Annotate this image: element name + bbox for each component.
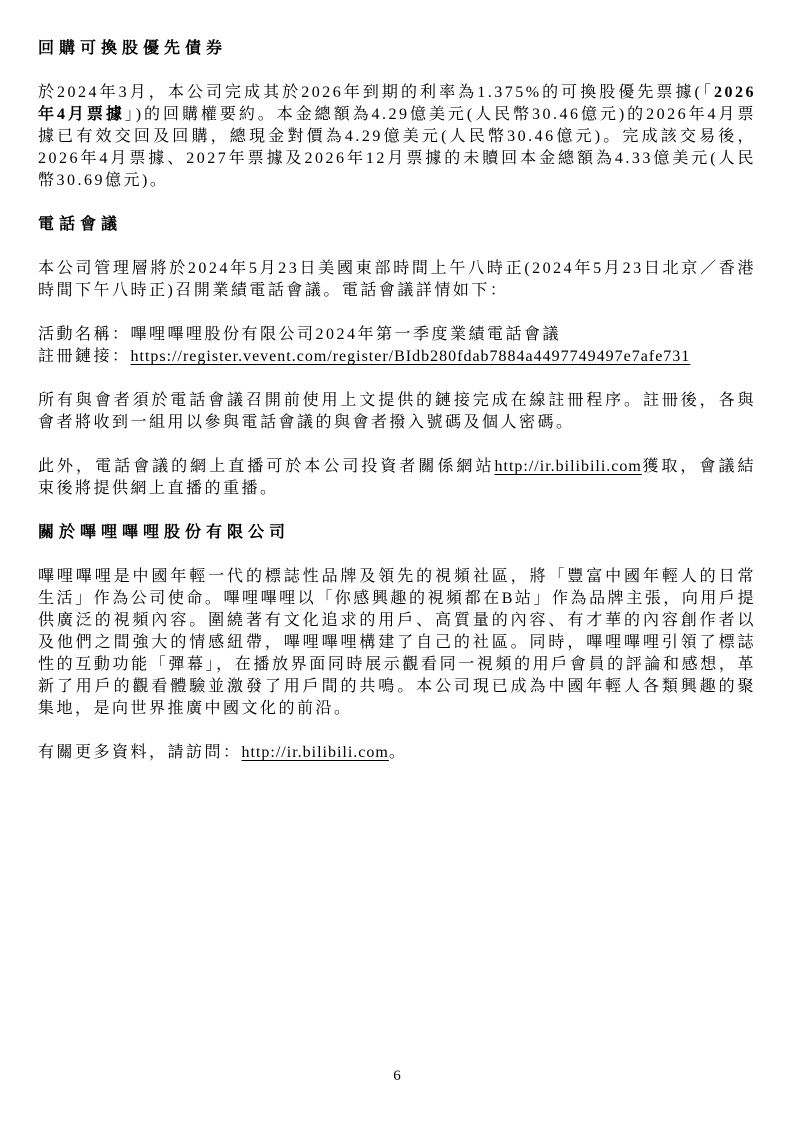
register-link[interactable]: https://register.vevent.com/register/BId…	[131, 348, 691, 365]
register-link-label: 註冊鏈接：	[38, 348, 131, 365]
event-name-value: 嗶哩嗶哩股份有限公司2024年第一季度業績電話會議	[131, 326, 562, 343]
page-number: 6	[393, 1068, 401, 1084]
section-repurchase-notes: 回購可換股優先債券 於2024年3月，本公司完成其於2026年到期的利率為1.3…	[38, 38, 756, 192]
event-name-label: 活動名稱：	[38, 326, 131, 343]
repurchase-text-pre: 於2024年3月，本公司完成其於2026年到期的利率為1.375%的可換股優先票…	[38, 84, 714, 101]
paragraph-about-bilibili: 嗶哩嗶哩是中國年輕一代的標誌性品牌及領先的視頻社區，將「豐富中國年輕人的日常生活…	[38, 566, 756, 720]
call-details-block: 活動名稱：嗶哩嗶哩股份有限公司2024年第一季度業績電話會議 註冊鏈接：http…	[38, 324, 756, 368]
paragraph-repurchase-details: 於2024年3月，本公司完成其於2026年到期的利率為1.375%的可換股優先票…	[38, 82, 756, 192]
call-schedule-text: 本公司管理層將於2024年5月23日美國東部時間上午八時正(2024年5月23日…	[38, 260, 756, 299]
webcast-text-pre: 此外，電話會議的網上直播可於本公司投資者關係網站	[38, 458, 495, 475]
line-event-name: 活動名稱：嗶哩嗶哩股份有限公司2024年第一季度業績電話會議	[38, 324, 756, 346]
document-page: 回購可換股優先債券 於2024年3月，本公司完成其於2026年到期的利率為1.3…	[0, 0, 794, 1123]
paragraph-more-info: 有關更多資料，請訪問：http://ir.bilibili.com。	[38, 742, 756, 764]
more-info-link[interactable]: http://ir.bilibili.com	[242, 744, 389, 761]
more-info-text-post: 。	[389, 744, 408, 761]
page-footer: 6	[0, 1066, 794, 1086]
line-register-link: 註冊鏈接：https://register.vevent.com/registe…	[38, 346, 756, 368]
heading-about-bilibili: 關於嗶哩嗶哩股份有限公司	[38, 522, 756, 544]
paragraph-registration-instructions: 所有與會者須於電話會議召開前使用上文提供的鏈接完成在線註冊程序。註冊後，各與會者…	[38, 390, 756, 434]
heading-repurchase-convertible-notes: 回購可換股優先債券	[38, 38, 756, 60]
registration-instructions-text: 所有與會者須於電話會議召開前使用上文提供的鏈接完成在線註冊程序。註冊後，各與會者…	[38, 392, 756, 431]
about-bilibili-text: 嗶哩嗶哩是中國年輕一代的標誌性品牌及領先的視頻社區，將「豐富中國年輕人的日常生活…	[38, 568, 756, 717]
paragraph-webcast: 此外，電話會議的網上直播可於本公司投資者關係網站http://ir.bilibi…	[38, 456, 756, 500]
webcast-link[interactable]: http://ir.bilibili.com	[495, 458, 642, 475]
heading-conference-call: 電話會議	[38, 214, 756, 236]
section-about-bilibili: 關於嗶哩嗶哩股份有限公司 嗶哩嗶哩是中國年輕一代的標誌性品牌及領先的視頻社區，將…	[38, 522, 756, 764]
more-info-text-pre: 有關更多資料，請訪問：	[38, 744, 242, 761]
paragraph-call-schedule: 本公司管理層將於2024年5月23日美國東部時間上午八時正(2024年5月23日…	[38, 258, 756, 302]
section-conference-call: 電話會議 本公司管理層將於2024年5月23日美國東部時間上午八時正(2024年…	[38, 214, 756, 500]
repurchase-text-post: 」)的回購權要約。本金總額為4.29億美元(人民幣30.46億元)的2026年4…	[38, 106, 756, 189]
